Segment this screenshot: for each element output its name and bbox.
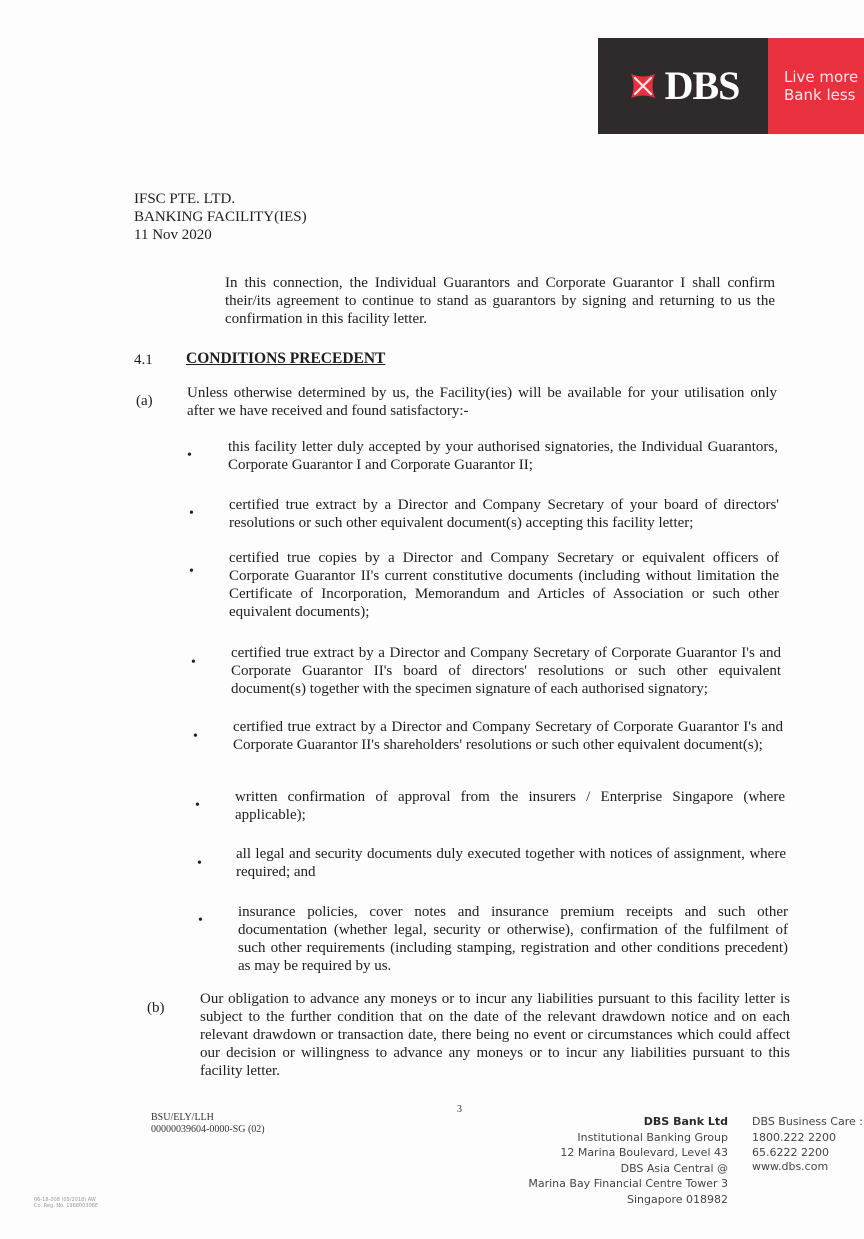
- section-number: 4.1: [134, 352, 153, 369]
- item-b-text: Our obligation to advance any moneys or …: [200, 990, 790, 1080]
- letter-date: 11 Nov 2020: [134, 226, 307, 244]
- company-name: IFSC PTE. LTD.: [134, 190, 307, 208]
- list-item: all legal and security documents duly ex…: [236, 845, 786, 881]
- item-b-label: (b): [147, 1000, 165, 1017]
- section-title: CONDITIONS PRECEDENT: [186, 350, 385, 368]
- logo-text: DBS: [665, 66, 740, 106]
- page-number: 3: [457, 1104, 462, 1115]
- list-item: this facility letter duly accepted by yo…: [228, 438, 778, 474]
- form-info: 06-18-008 (05/2018) AW Co. Reg. No. 1968…: [34, 1197, 98, 1209]
- bullet-icon: •: [195, 797, 200, 815]
- reference-codes: BSU/ELY/LLH 00000039604-0000-SG (02): [151, 1112, 265, 1136]
- addressee-block: IFSC PTE. LTD. BANKING FACILITY(IES) 11 …: [134, 190, 307, 244]
- care-phone: 65.6222 2200: [752, 1145, 863, 1161]
- bank-address-line: Marina Bay Financial Centre Tower 3: [528, 1176, 728, 1192]
- dbs-star-icon: [627, 70, 659, 102]
- bullet-icon: •: [187, 447, 192, 465]
- list-item: certified true extract by a Director and…: [231, 644, 781, 698]
- bullet-icon: •: [197, 855, 202, 873]
- dbs-logo-banner: DBS Live more Bank less: [598, 38, 864, 134]
- list-item: certified true copies by a Director and …: [229, 549, 779, 621]
- letter-subject: BANKING FACILITY(IES): [134, 208, 307, 226]
- care-label: DBS Business Care :: [752, 1114, 863, 1130]
- list-item: certified true extract by a Director and…: [229, 496, 779, 532]
- list-item: written confirmation of approval from th…: [235, 788, 785, 824]
- bullet-icon: •: [189, 505, 194, 523]
- bank-address-line: Singapore 018982: [528, 1192, 728, 1208]
- reference-initials: BSU/ELY/LLH: [151, 1112, 265, 1124]
- bullet-icon: •: [191, 654, 196, 672]
- item-a-text: Unless otherwise determined by us, the F…: [187, 384, 777, 420]
- bank-address-line: 12 Marina Boulevard, Level 43: [528, 1145, 728, 1161]
- intro-paragraph: In this connection, the Individual Guara…: [225, 274, 775, 328]
- list-item: certified true extract by a Director and…: [233, 718, 783, 754]
- business-care: DBS Business Care : 1800.222 2200 65.622…: [752, 1114, 863, 1161]
- tagline-line1: Live more: [784, 68, 864, 86]
- bank-address: DBS Bank Ltd Institutional Banking Group…: [528, 1114, 728, 1207]
- website-link: www.dbs.com: [752, 1160, 828, 1173]
- bullet-icon: •: [193, 728, 198, 746]
- reference-number: 00000039604-0000-SG (02): [151, 1124, 265, 1136]
- bullet-icon: •: [189, 563, 194, 581]
- item-a-label: (a): [136, 393, 153, 410]
- bank-name: DBS Bank Ltd: [528, 1114, 728, 1130]
- bank-address-line: Institutional Banking Group: [528, 1130, 728, 1146]
- company-reg: Co. Reg. No. 196800306E: [34, 1203, 98, 1209]
- tagline-block: Live more Bank less: [768, 38, 864, 134]
- list-item: insurance policies, cover notes and insu…: [238, 903, 788, 975]
- logo-block: DBS: [598, 38, 768, 134]
- bank-address-line: DBS Asia Central @: [528, 1161, 728, 1177]
- tagline-line2: Bank less: [784, 86, 864, 104]
- bullet-icon: •: [198, 912, 203, 930]
- care-phone: 1800.222 2200: [752, 1130, 863, 1146]
